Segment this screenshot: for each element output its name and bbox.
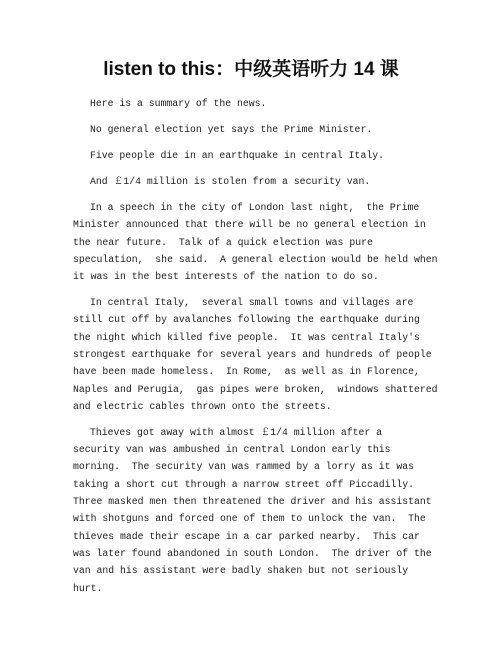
text-line: was later found abandoned in south Londo… xyxy=(73,545,462,562)
text-line: with shotguns and forced one of them to … xyxy=(73,510,462,527)
text-line: have been made homeless. In Rome, as wel… xyxy=(73,363,462,380)
text-line: still cut off by avalanches following th… xyxy=(73,311,462,328)
document-body: Here is a summary of the news. No genera… xyxy=(0,95,502,597)
text-line: thieves made their escape in a car parke… xyxy=(73,528,462,545)
text-line: In central Italy, several small towns an… xyxy=(73,294,462,311)
text-line: Naples and Perugia, gas pipes were broke… xyxy=(73,381,462,398)
text-line: Thieves got away with almost ￡1/4 millio… xyxy=(73,424,462,441)
text-line: the night which killed five people. It w… xyxy=(73,329,462,346)
summary-line: Five people die in an earthquake in cent… xyxy=(73,147,462,164)
paragraph: In central Italy, several small towns an… xyxy=(73,294,462,415)
document-page: listen to this：中级英语听力 14 课 Here is a sum… xyxy=(0,0,502,649)
text-line: it was in the best interests of the nati… xyxy=(73,268,462,285)
text-line: the near future. Talk of a quick electio… xyxy=(73,234,462,251)
text-line: In a speech in the city of London last n… xyxy=(73,199,462,216)
summary-line: No general election yet says the Prime M… xyxy=(73,121,462,138)
text-line: and electric cables thrown onto the stre… xyxy=(73,398,462,415)
paragraph: In a speech in the city of London last n… xyxy=(73,199,462,285)
text-line: van and his assistant were badly shaken … xyxy=(73,562,462,579)
text-line: Minister announced that there will be no… xyxy=(73,216,462,233)
text-line: security van was ambushed in central Lon… xyxy=(73,441,462,458)
paragraph: Thieves got away with almost ￡1/4 millio… xyxy=(73,424,462,597)
text-line: speculation, she said. A general electio… xyxy=(73,251,462,268)
text-line: Three masked men then threatened the dri… xyxy=(73,493,462,510)
document-title: listen to this：中级英语听力 14 课 xyxy=(0,58,502,82)
text-line: hurt. xyxy=(73,580,462,597)
summary-line: Here is a summary of the news. xyxy=(73,95,462,112)
text-line: taking a short cut through a narrow stre… xyxy=(73,476,462,493)
text-line: morning. The security van was rammed by … xyxy=(73,458,462,475)
summary-line: And ￡1/4 million is stolen from a securi… xyxy=(73,173,462,190)
text-line: strongest earthquake for several years a… xyxy=(73,346,462,363)
